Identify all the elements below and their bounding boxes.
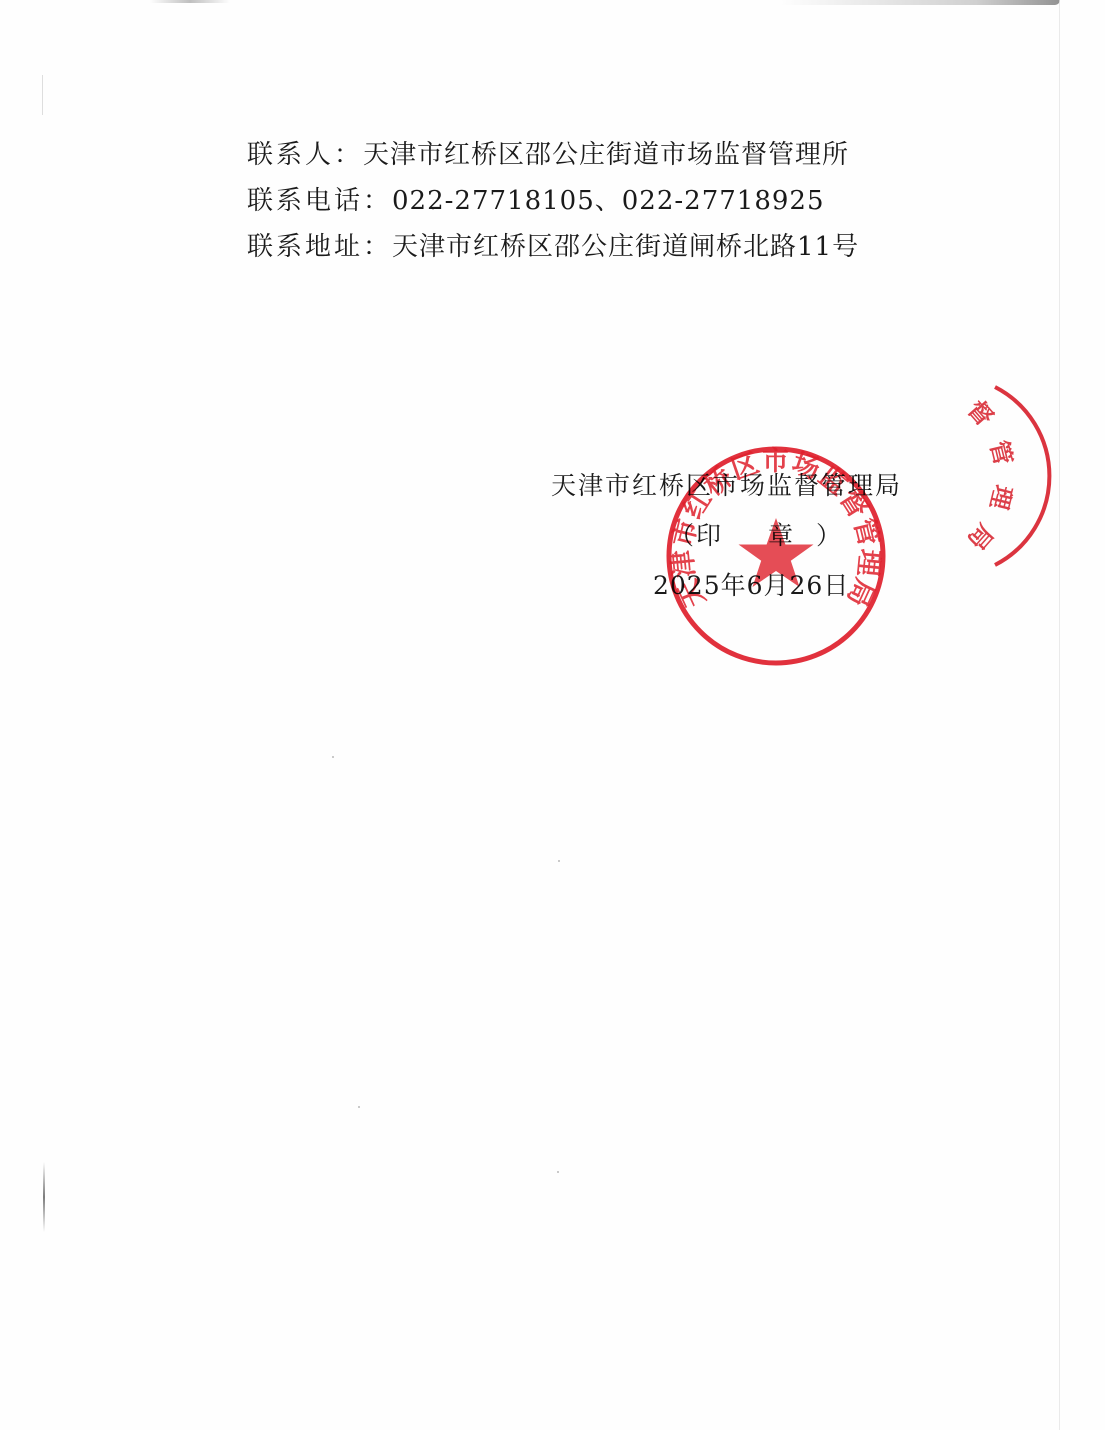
seal-note-open: （ — [669, 516, 696, 552]
scan-speck — [557, 1171, 559, 1173]
contact-phone-value: 022-27718105、022-27718925 — [392, 186, 825, 216]
seal-note-word1: 印 — [696, 516, 768, 552]
page-edge-line — [1059, 0, 1060, 1430]
scan-artifact — [780, 0, 1060, 5]
svg-text:局: 局 — [962, 518, 1000, 555]
seal-note: （印章） — [669, 516, 843, 552]
scan-artifact — [43, 1162, 45, 1232]
svg-text:理: 理 — [984, 482, 1018, 513]
svg-text:督: 督 — [962, 394, 1000, 431]
contact-address-row: 联系地址：天津市红桥区邵公庄街道闸桥北路11号 — [247, 224, 859, 270]
scan-artifact — [150, 0, 230, 3]
document-page: 联系人：天津市红桥区邵公庄街道市场监督管理所 联系电话：022-27718105… — [0, 0, 1105, 1430]
scan-speck — [332, 756, 334, 758]
contact-phone-row: 联系电话：022-27718105、022-27718925 — [247, 178, 859, 224]
contact-person-label: 联系人： — [247, 140, 363, 170]
seal-note-close: ） — [816, 516, 843, 552]
contact-info: 联系人：天津市红桥区邵公庄街道市场监督管理所 联系电话：022-27718105… — [247, 132, 859, 270]
svg-text:管: 管 — [984, 438, 1018, 468]
seal-note-word2: 章 — [768, 516, 816, 552]
scan-speck — [558, 860, 560, 862]
contact-person-row: 联系人：天津市红桥区邵公庄街道市场监督管理所 — [247, 132, 859, 178]
contact-phone-label: 联系电话： — [247, 186, 392, 216]
issue-date: 2025年6月26日 — [653, 566, 849, 602]
issuing-organization: 天津市红桥区市场监督管理局 — [551, 466, 902, 502]
contact-address-value: 天津市红桥区邵公庄街道闸桥北路11号 — [392, 232, 859, 262]
contact-person-value: 天津市红桥区邵公庄街道市场监督管理所 — [363, 140, 849, 170]
partial-seal: 督管理局 — [930, 375, 1060, 575]
scan-speck — [358, 1106, 360, 1108]
scan-artifact — [42, 75, 43, 115]
contact-address-label: 联系地址： — [247, 232, 392, 262]
